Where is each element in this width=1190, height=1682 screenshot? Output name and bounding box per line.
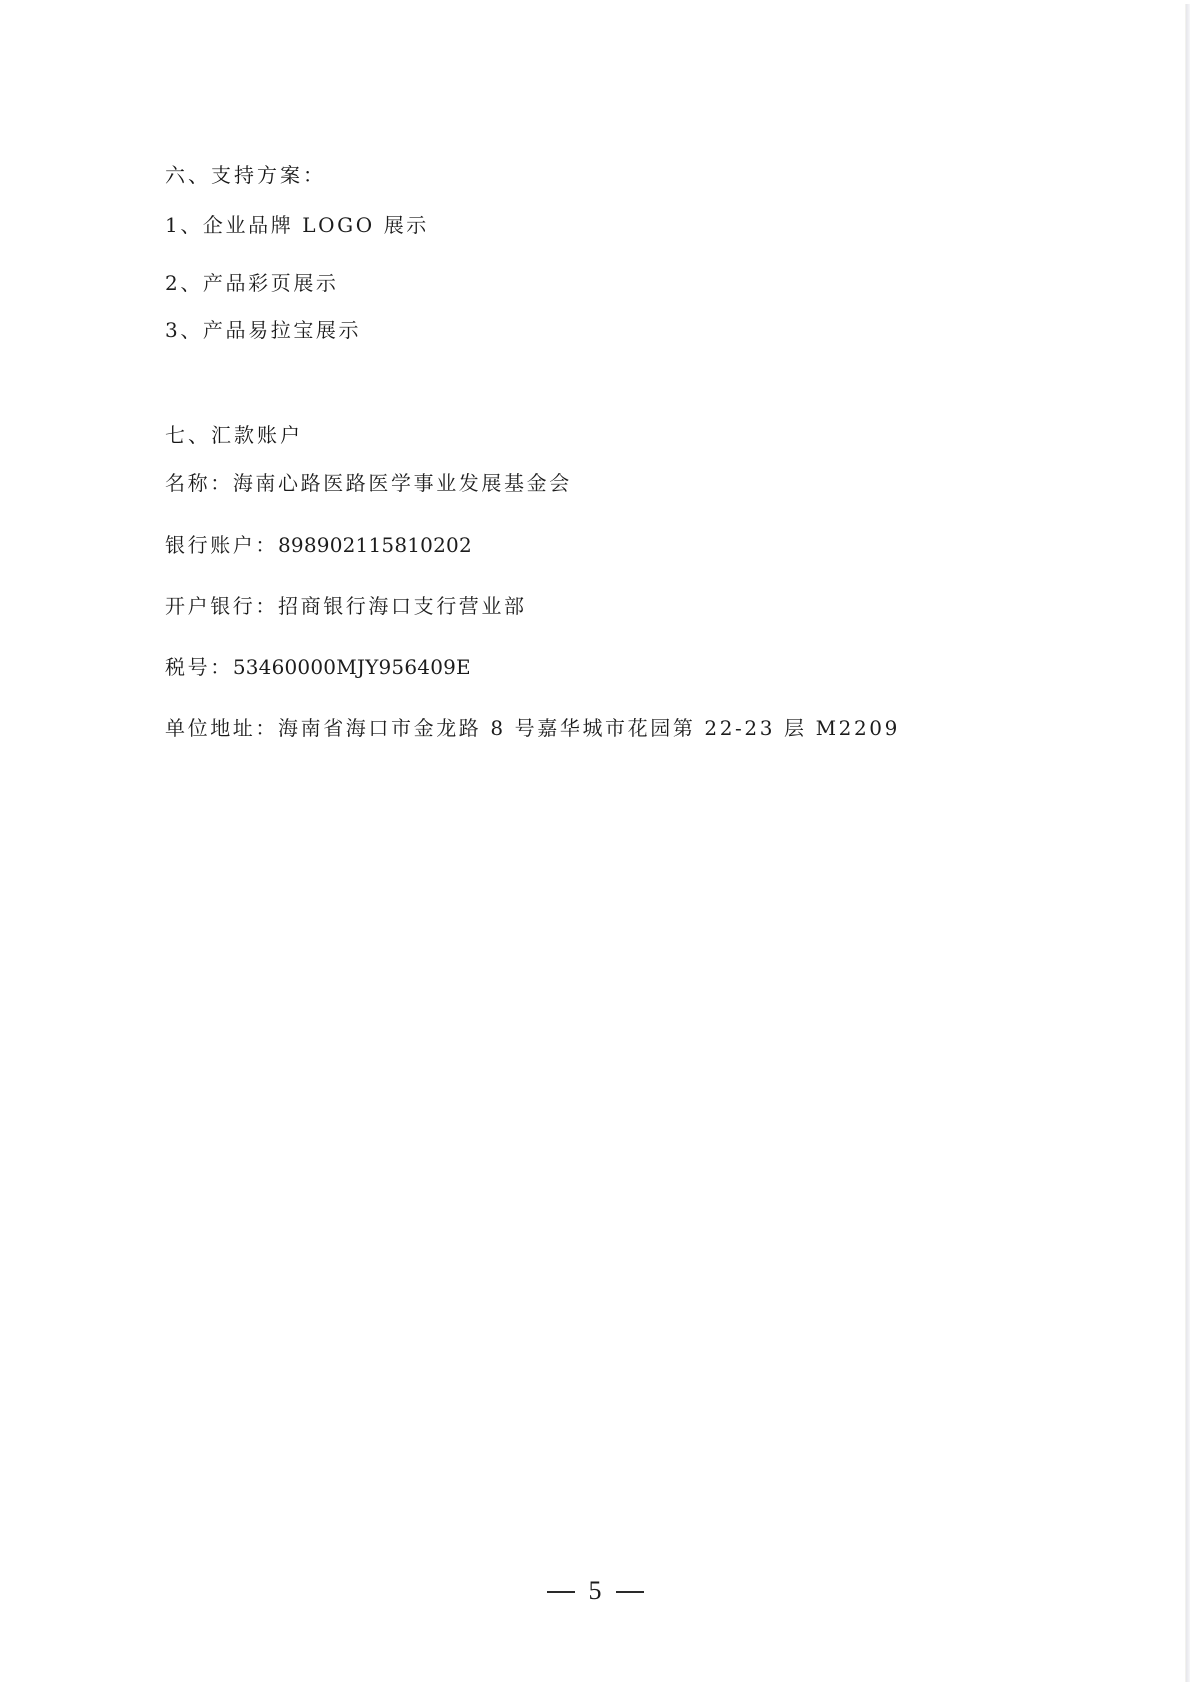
- bank-branch-label: 开户银行：: [165, 594, 278, 618]
- page-number-right-dash: [616, 1591, 644, 1593]
- tax-id-label: 税号：: [165, 655, 233, 679]
- address-label: 单位地址：: [165, 716, 278, 740]
- account-name-label: 名称：: [165, 471, 233, 495]
- scan-edge-shadow: [1185, 4, 1190, 1682]
- support-item-logo: 1、企业品牌 LOGO 展示: [165, 213, 429, 237]
- support-item-brochure: 2、产品彩页展示: [165, 271, 339, 295]
- bank-account-label: 银行账户：: [165, 533, 278, 557]
- section-seven-heading: 七、汇款账户: [165, 423, 303, 447]
- page-number-left-dash: [547, 1591, 575, 1593]
- page-number-footer: 5: [0, 1576, 1190, 1606]
- section-six-heading: 六、支持方案：: [165, 163, 326, 187]
- tax-id-value: 53460000MJY956409E: [233, 655, 471, 679]
- page-number: 5: [589, 1576, 602, 1606]
- bank-branch-row: 开户银行：招商银行海口支行营业部: [165, 594, 527, 618]
- bank-branch-value: 招商银行海口支行营业部: [278, 594, 527, 618]
- support-item-rollup-banner: 3、产品易拉宝展示: [165, 318, 361, 342]
- tax-id-row: 税号：53460000MJY956409E: [165, 655, 471, 679]
- bank-account-row: 银行账户：898902115810202: [165, 533, 472, 557]
- account-name-value: 海南心路医路医学事业发展基金会: [233, 471, 572, 495]
- document-page: 六、支持方案： 1、企业品牌 LOGO 展示 2、产品彩页展示 3、产品易拉宝展…: [0, 0, 1190, 1682]
- account-name-row: 名称：海南心路医路医学事业发展基金会: [165, 471, 572, 495]
- address-value: 海南省海口市金龙路 8 号嘉华城市花园第 22-23 层 M2209: [278, 716, 900, 740]
- bank-account-value: 898902115810202: [278, 533, 472, 557]
- address-row: 单位地址：海南省海口市金龙路 8 号嘉华城市花园第 22-23 层 M2209: [165, 716, 900, 740]
